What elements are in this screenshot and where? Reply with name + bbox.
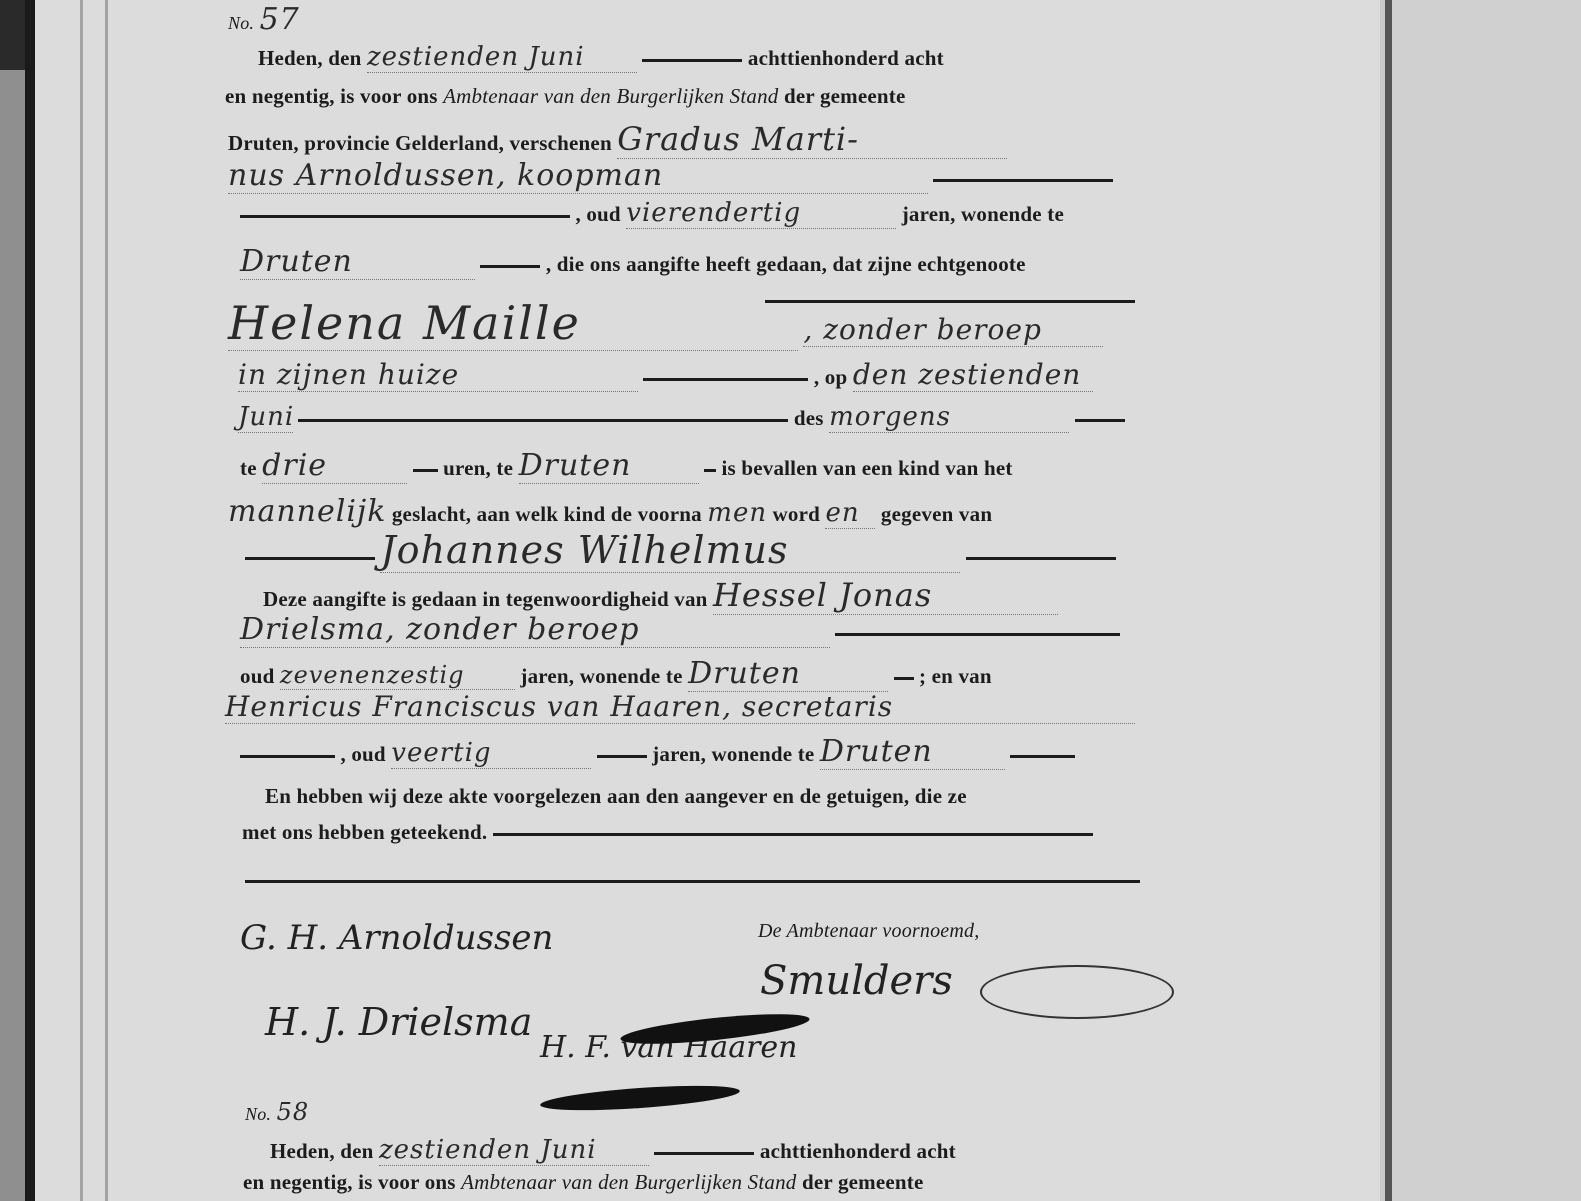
line-child-sex: mannelijk geslacht, aan welk kind de voo…	[228, 494, 992, 529]
page-fold-line	[105, 0, 108, 1201]
line-official: en negentig, is voor ons Ambtenaar van d…	[243, 1170, 924, 1195]
line-official: en negentig, is voor ons Ambtenaar van d…	[225, 84, 906, 109]
line-witness-1-age: oud zevenenzestig jaren, wonende te Drut…	[240, 656, 992, 692]
official-label: De Ambtenaar voornoemd,	[758, 920, 979, 943]
line-witness-2: Henricus Franciscus van Haaren, secretar…	[225, 690, 1135, 724]
entry-number: No. 57	[228, 2, 300, 37]
line-witness-2-age: , oud veertig jaren, wonende te Druten	[240, 734, 1075, 770]
line-closing: En hebben wij deze akte voorgelezen aan …	[265, 784, 967, 809]
line-declarant-age: , oud vierendertig jaren, wonende te	[240, 198, 1064, 229]
line-date: Heden, den zestienden Juni achttienhonde…	[270, 1135, 956, 1166]
binding-edge	[25, 0, 35, 1201]
line-declarant-cont: nus Arnoldussen, koopman	[228, 158, 1113, 194]
line-birth-hour-place: te drie uren, te Druten is bevallen van …	[240, 448, 1013, 484]
line-declarant: Druten, provincie Gelderland, verschenen…	[228, 120, 1007, 159]
scan-left-edge	[0, 0, 25, 1201]
signature-flourish	[980, 965, 1174, 1019]
line-birthplace: in zijnen huize , op den zestienden	[238, 358, 1093, 392]
closing-rule	[245, 880, 1140, 883]
line-closing-2: met ons hebben geteekend.	[242, 820, 1093, 845]
line-witness-1: Drielsma, zonder beroep	[240, 612, 1120, 648]
line-date: Heden, den zestienden Juni achttienhonde…	[258, 42, 944, 73]
signature-declarant: G. H. Arnoldussen	[240, 918, 553, 958]
line-witness-intro: Deze aangifte is gedaan in tegenwoordigh…	[263, 576, 1058, 615]
signature-witness-1: H. J. Drielsma	[265, 1000, 532, 1044]
page-fold-line	[80, 0, 83, 1201]
scan-corner-shadow	[0, 0, 25, 70]
line-child-names: Johannes Wilhelmus	[245, 528, 1116, 573]
adjacent-page	[1392, 0, 1581, 1201]
line-birth-time: Juni des morgens	[238, 402, 1125, 433]
line-residence: Druten , die ons aangifte heeft gedaan, …	[240, 244, 1026, 280]
entry-number: No. 58	[245, 1098, 309, 1126]
signature-official: Smulders	[760, 958, 953, 1004]
line-mother: Helena Maille , zonder beroep	[228, 296, 1103, 351]
